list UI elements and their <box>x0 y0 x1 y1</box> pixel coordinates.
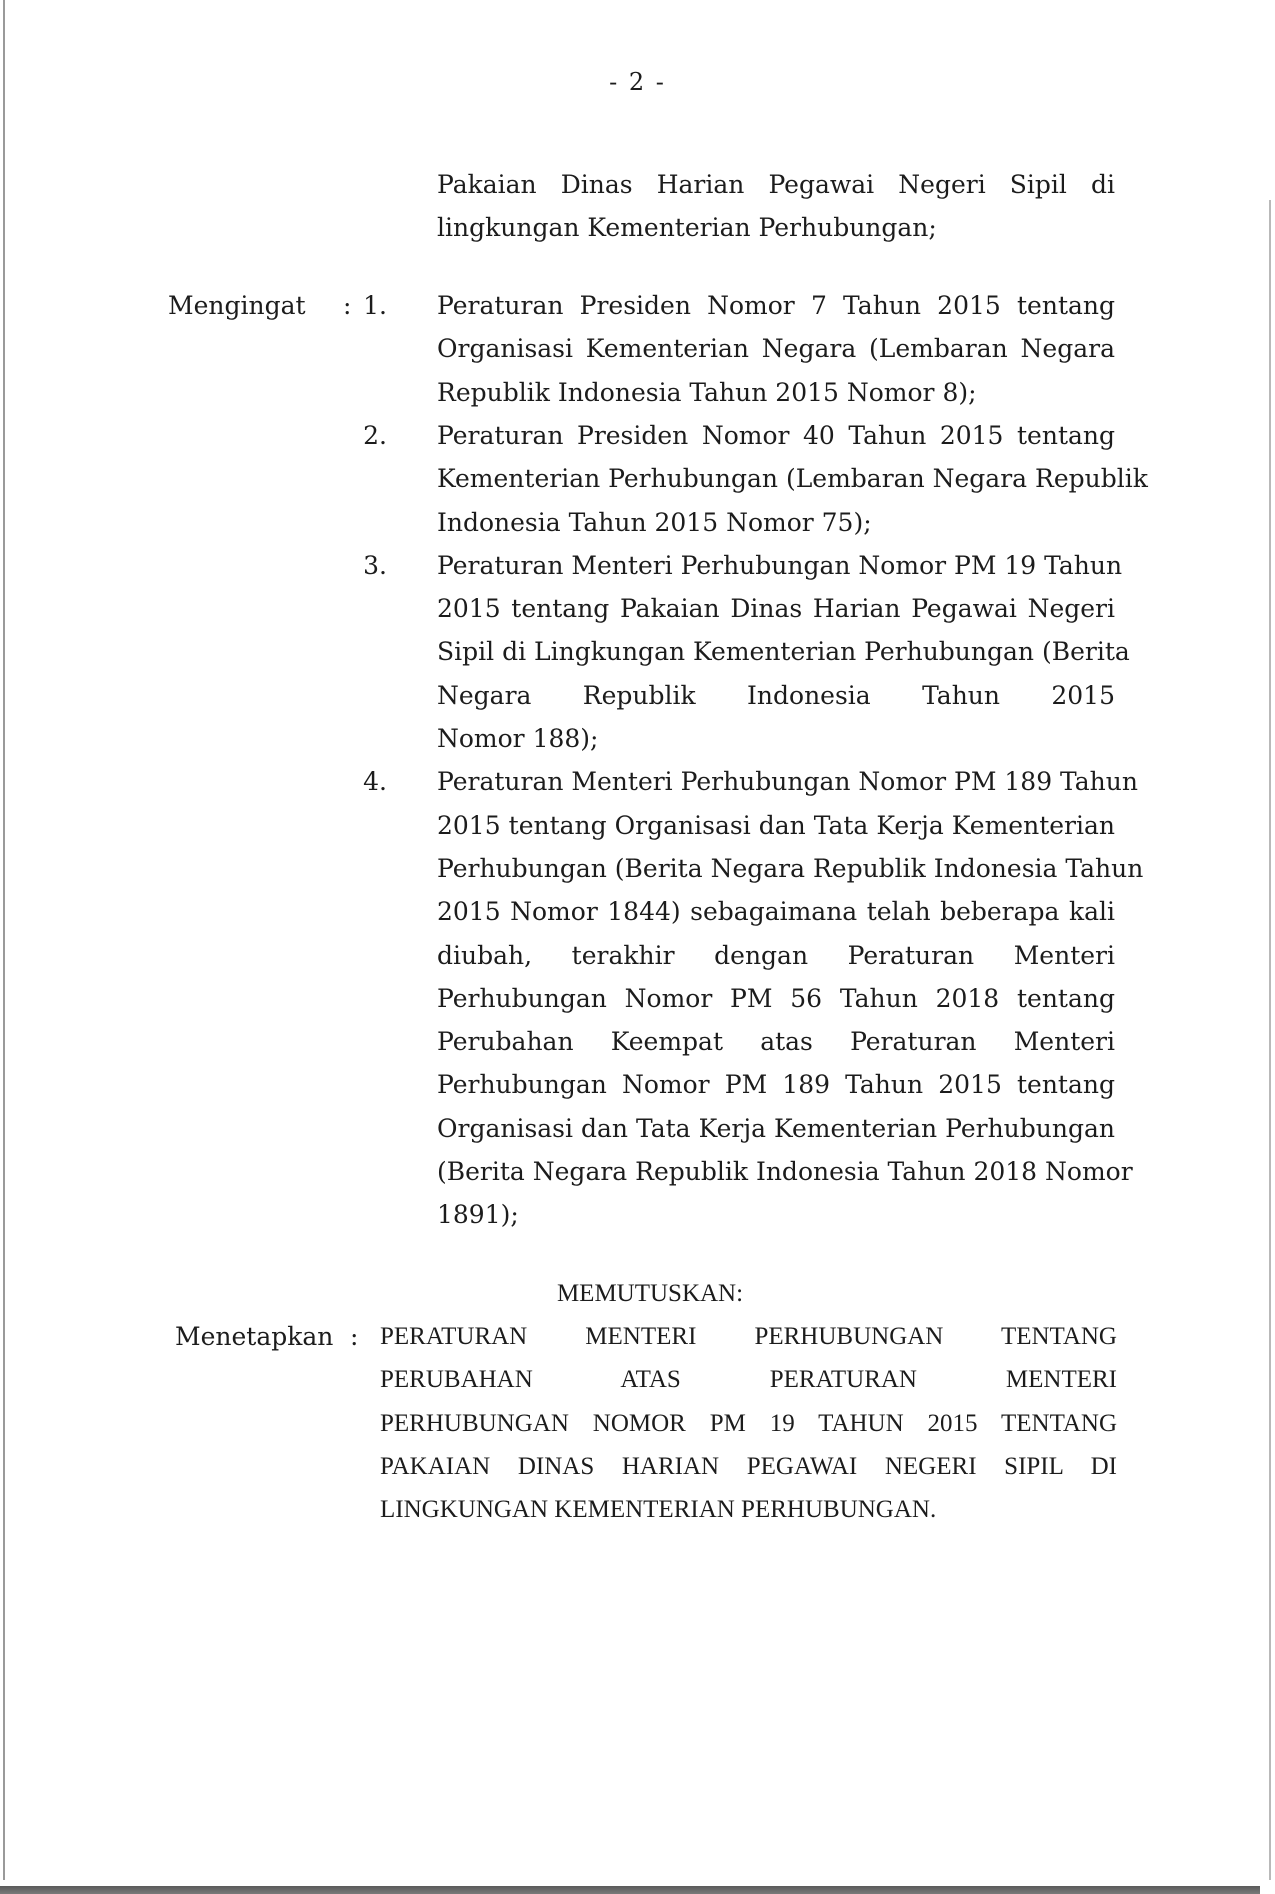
list-item-line: Republik Indonesia Tahun 2015 Nomor 8); <box>437 378 1115 408</box>
list-item-number: 4. <box>357 767 387 797</box>
menetapkan-line: PERUBAHAN ATAS PERATURAN MENTERI <box>380 1365 1117 1395</box>
list-item-line: Peraturan Menteri Perhubungan Nomor PM 1… <box>437 551 1115 581</box>
menetapkan-colon: : <box>350 1322 358 1352</box>
list-item-line: Perhubungan Nomor PM 56 Tahun 2018 tenta… <box>437 984 1115 1014</box>
list-item-line: Perhubungan Nomor PM 189 Tahun 2015 tent… <box>437 1070 1115 1100</box>
list-item-line: Indonesia Tahun 2015 Nomor 75); <box>437 508 1115 538</box>
list-item-line: 2015 tentang Pakaian Dinas Harian Pegawa… <box>437 594 1115 624</box>
list-item-line: (Berita Negara Republik Indonesia Tahun … <box>437 1157 1115 1187</box>
list-item-line: Kementerian Perhubungan (Lembaran Negara… <box>437 464 1115 494</box>
mengingat-label: Mengingat <box>168 291 306 321</box>
mengingat-colon: : <box>343 291 351 321</box>
list-item-line: Negara Republik Indonesia Tahun 2015 <box>437 681 1115 711</box>
list-item-line: Perubahan Keempat atas Peraturan Menteri <box>437 1027 1115 1057</box>
scan-right-edge <box>1269 200 1271 1880</box>
list-item-line: Sipil di Lingkungan Kementerian Perhubun… <box>437 637 1115 667</box>
list-item-number: 3. <box>357 551 387 581</box>
list-item-line: diubah, terakhir dengan Peraturan Menter… <box>437 941 1115 971</box>
menetapkan-line: PERATURAN MENTERI PERHUBUNGAN TENTANG <box>380 1322 1117 1352</box>
preamble-line: Pakaian Dinas Harian Pegawai Negeri Sipi… <box>437 170 1115 200</box>
list-item-line: 1891); <box>437 1200 1115 1230</box>
list-item-number: 2. <box>357 421 387 451</box>
scan-bottom-edge <box>0 1886 1260 1894</box>
menetapkan-line: PERHUBUNGAN NOMOR PM 19 TAHUN 2015 TENTA… <box>380 1409 1117 1439</box>
list-item-number: 1. <box>357 291 387 321</box>
list-item-line: Peraturan Presiden Nomor 7 Tahun 2015 te… <box>437 291 1115 321</box>
list-item-line: 2015 tentang Organisasi dan Tata Kerja K… <box>437 811 1115 841</box>
list-item-line: Peraturan Menteri Perhubungan Nomor PM 1… <box>437 767 1115 797</box>
page-number: - 2 - <box>0 68 1275 96</box>
list-item-line: Organisasi Kementerian Negara (Lembaran … <box>437 334 1115 364</box>
list-item-line: 2015 Nomor 1844) sebagaimana telah beber… <box>437 897 1115 927</box>
list-item-line: Nomor 188); <box>437 724 1115 754</box>
menetapkan-line: LINGKUNGAN KEMENTERIAN PERHUBUNGAN. <box>380 1495 1117 1525</box>
list-item-line: Perhubungan (Berita Negara Republik Indo… <box>437 854 1115 884</box>
memutuskan-heading: MEMUTUSKAN: <box>0 1279 1275 1309</box>
list-item-line: Peraturan Presiden Nomor 40 Tahun 2015 t… <box>437 421 1115 451</box>
preamble-line: lingkungan Kementerian Perhubungan; <box>437 213 1115 243</box>
menetapkan-line: PAKAIAN DINAS HARIAN PEGAWAI NEGERI SIPI… <box>380 1452 1117 1482</box>
list-item-line: Organisasi dan Tata Kerja Kementerian Pe… <box>437 1114 1115 1144</box>
scan-left-edge <box>3 0 5 1880</box>
menetapkan-label: Menetapkan <box>175 1322 333 1352</box>
